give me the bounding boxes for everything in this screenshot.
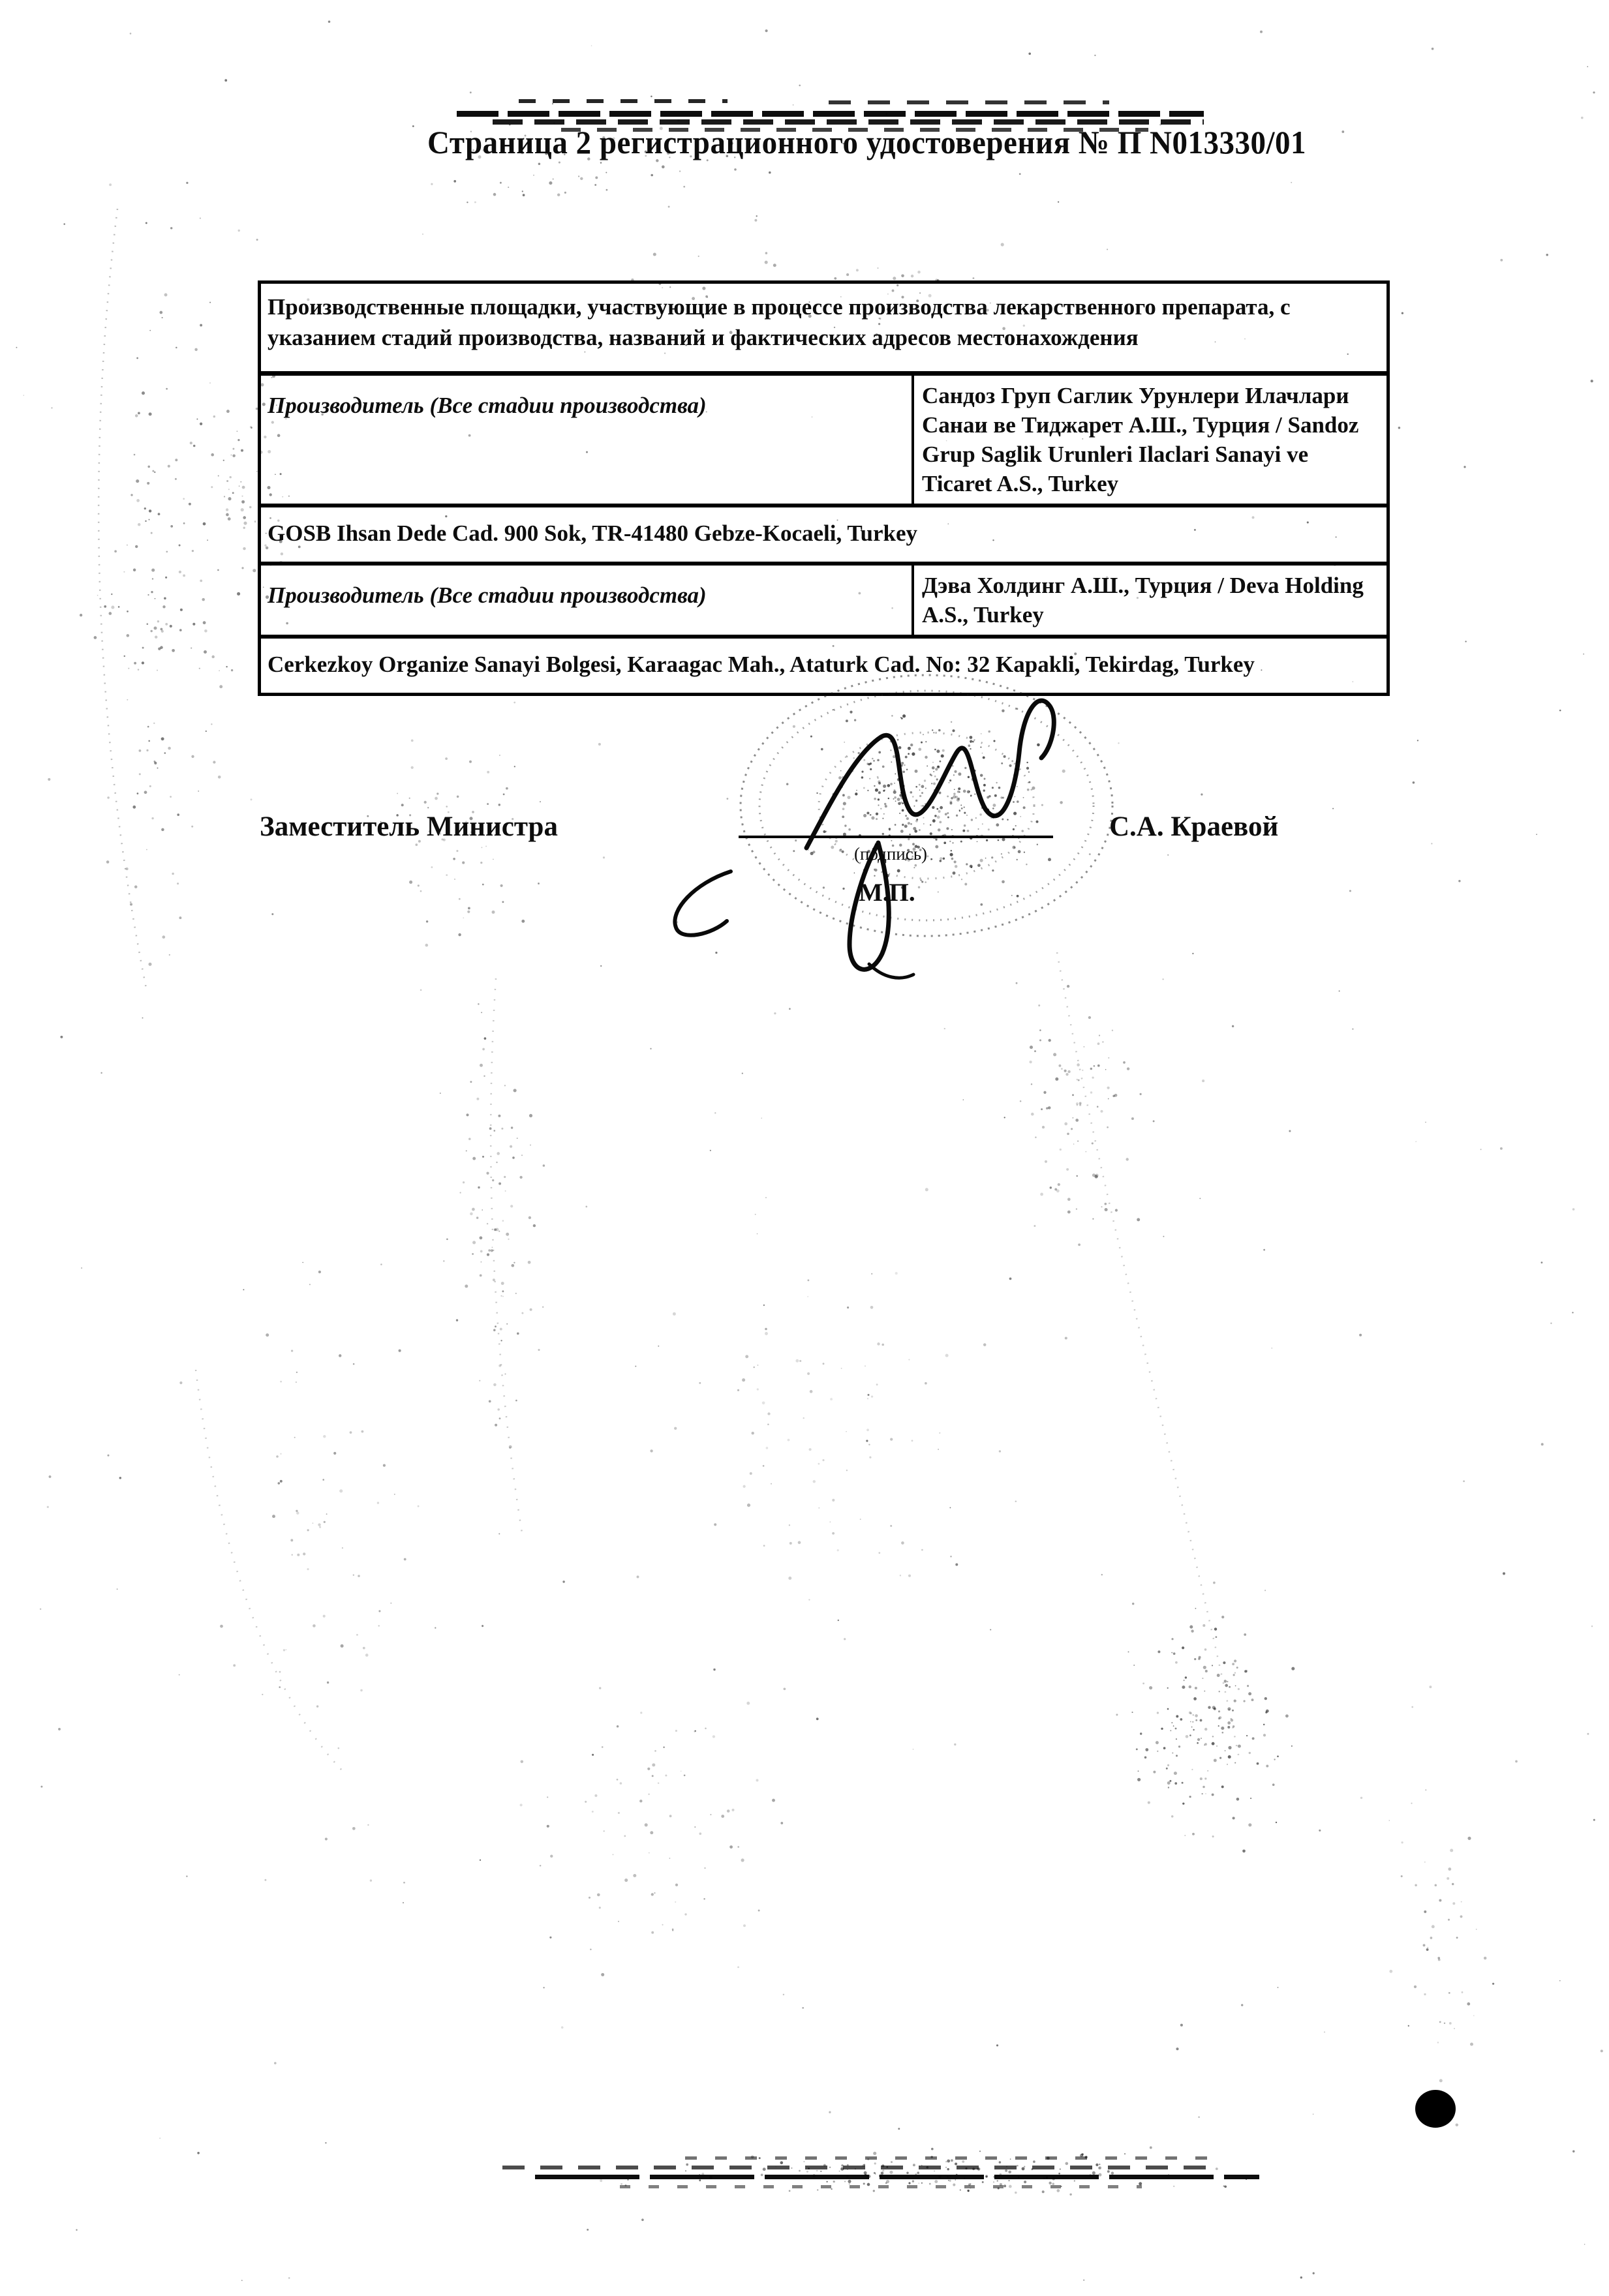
manufacturer-name-cell: Сандоз Груп Саглик Урунлери Илачлари Сан… (914, 376, 1387, 504)
production-sites-table: Производственные площадки, участвующие в… (258, 280, 1390, 696)
signature-stroke (806, 701, 1054, 848)
scan-artifact (535, 2175, 1259, 2179)
handwritten-signature (675, 701, 1054, 978)
signer-name: С.А. Краевой (1109, 811, 1278, 843)
table-row: Производитель (Все стадии производства) … (261, 376, 1387, 507)
signature-stroke (869, 964, 913, 978)
table-row: Производитель (Все стадии производства) … (261, 566, 1387, 639)
scanned-certificate-page: Страница 2 регистрационного удостоверени… (0, 0, 1609, 2296)
ministry-stamp (741, 675, 1112, 936)
signature-line (739, 836, 1053, 838)
scan-artifact (829, 100, 1109, 104)
seal-place-label: М.П. (859, 878, 915, 907)
scan-artifact (620, 2185, 1142, 2188)
manufacturer-name-cell: Дэва Холдинг А.Ш., Турция / Deva Holding… (914, 566, 1387, 635)
table-header-cell: Производственные площадки, участвующие в… (261, 284, 1387, 376)
scan-artifact (502, 2166, 1214, 2169)
scan-artifact (457, 111, 1204, 117)
signature-caption: (подпись) (829, 844, 953, 864)
page-title: Страница 2 регистрационного удостоверени… (427, 124, 1269, 161)
signature-stroke (675, 871, 731, 935)
manufacturer-role-cell: Производитель (Все стадии производства) (261, 566, 914, 635)
manufacturer-address-cell: GOSB Ihsan Dede Cad. 900 Sok, TR-41480 G… (261, 507, 1387, 566)
official-title-label: Заместитель Министра (260, 811, 558, 843)
punch-hole-dot (1415, 2090, 1456, 2128)
manufacturer-role-cell: Производитель (Все стадии производства) (261, 376, 914, 504)
scan-artifact (685, 2156, 1207, 2160)
manufacturer-address-cell: Cerkezkoy Organize Sanayi Bolgesi, Karaa… (261, 639, 1387, 693)
scan-artifact (519, 99, 728, 103)
